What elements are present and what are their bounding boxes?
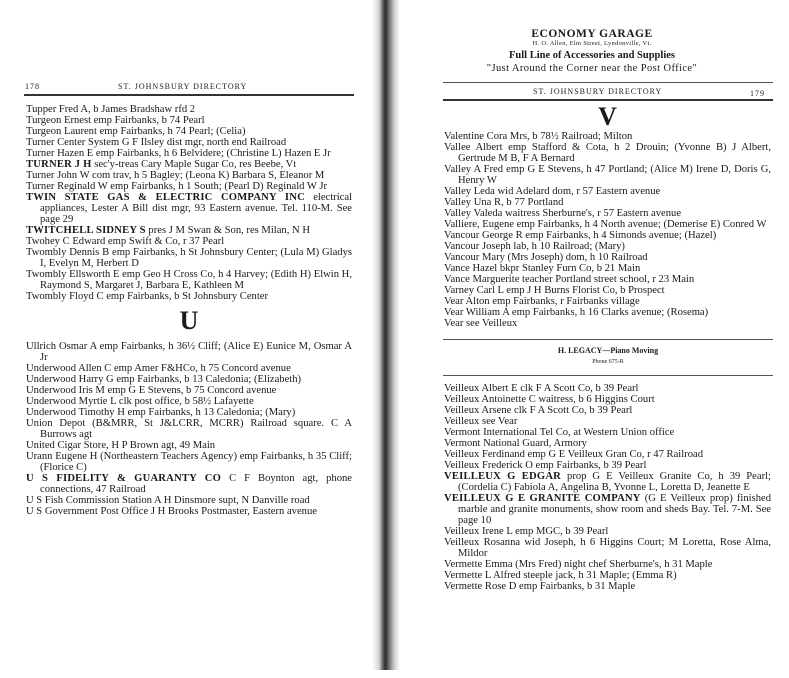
entry-text: Vermont National Guard, Armory [444,438,587,449]
legacy-ad-phone: Phone 675-R [443,359,773,365]
directory-entry: Veilleux Frederick O emp Fairbanks, b 39… [444,460,771,471]
directory-entry: Vear William A emp Fairbanks, h 16 Clark… [444,307,771,318]
entry-text: United Cigar Store, H P Brown agt, 49 Ma… [26,440,215,451]
entries-v1: Valentine Cora Mrs, b 78½ Railroad; Milt… [444,131,771,329]
entry-text: U S Government Post Office J H Brooks Po… [26,506,317,517]
entry-name-bold: TWIN STATE GAS & ELECTRIC COMPANY INC [26,192,305,203]
entry-text: Vermette Rose D emp Fairbanks, b 31 Mapl… [444,581,635,592]
ad-line: Full Line of Accessories and Supplies [442,50,742,61]
entry-text: Vallee Albert emp Stafford & Cota, h 2 D… [444,142,771,164]
directory-entry: Turgeon Ernest emp Fairbanks, b 74 Pearl [26,115,352,126]
directory-entry: Vermette Rose D emp Fairbanks, b 31 Mapl… [444,581,771,592]
entry-text: Valliere, Eugene emp Fairbanks, h 4 Nort… [444,219,767,230]
header-rule [24,94,354,96]
entry-text: Vancour George R emp Fairbanks, h 4 Simo… [444,230,716,241]
directory-entry: Vermont National Guard, Armory [444,438,771,449]
directory-entry: Valley Una R, b 77 Portland [444,197,771,208]
book-gutter [372,0,400,670]
entry-text: Vance Hazel bkpr Stanley Furn Co, b 21 M… [444,263,640,274]
directory-entry: Twombly Dennis B emp Fairbanks, h St Joh… [26,247,352,269]
ad-rule-bottom [443,375,773,376]
running-head: ST. JOHNSBURY DIRECTORY [118,82,247,91]
entry-text: Valley Valeda waitress Sherburne's, r 57… [444,208,681,219]
ad-rule-top [443,339,773,340]
section-letter-u: U [26,308,352,334]
directory-entry: Valley Leda wid Adelard dom, r 57 Easter… [444,186,771,197]
entry-text: Vermette Emma (Mrs Fred) night chef Sher… [444,559,712,570]
directory-entry: Underwood Myrtie L clk post office, b 58… [26,396,352,407]
directory-entry: Tupper Fred A, b James Bradshaw rfd 2 [26,104,352,115]
directory-entry: Twohey C Edward emp Swift & Co, r 37 Pea… [26,236,352,247]
directory-entry: Valentine Cora Mrs, b 78½ Railroad; Milt… [444,131,771,142]
legacy-ad-title: H. LEGACY—Piano Moving [443,346,773,355]
entry-text: Valley Leda wid Adelard dom, r 57 Easter… [444,186,660,197]
entry-text: Veilleux Rosanna wid Joseph, h 6 Higgins… [444,537,771,559]
entry-name-bold: TWITCHELL SIDNEY S [26,225,146,236]
entry-text: Ullrich Osmar A emp Fairbanks, h 36½ Cli… [26,341,352,363]
directory-entry: Veilleux Albert E clk F A Scott Co, b 39… [444,383,771,394]
entry-text: Turner Reginald W emp Fairbanks, h 1 Sou… [26,181,327,192]
entry-text: Vermont International Tel Co, at Western… [444,427,674,438]
directory-entry: Veilleux Irene L emp MGC, b 39 Pearl [444,526,771,537]
entry-name-bold: U S FIDELITY & GUARANTY CO [26,473,221,484]
directory-entry: Underwood Allen C emp Amer F&HCo, h 75 C… [26,363,352,374]
entry-text: Veilleux Arsene clk F A Scott Co, b 39 P… [444,405,632,416]
directory-entry: Urann Eugene H (Northeastern Teachers Ag… [26,451,352,473]
directory-entry: Veilleux Rosanna wid Joseph, h 6 Higgins… [444,537,771,559]
directory-entry: Vear see Veilleux [444,318,771,329]
left-page: 178 ST. JOHNSBURY DIRECTORY Tupper Fred … [0,0,372,678]
directory-entry: Valley Valeda waitress Sherburne's, r 57… [444,208,771,219]
directory-entry: Underwood Iris M emp G E Stevens, b 75 C… [26,385,352,396]
directory-entry: Vallee Albert emp Stafford & Cota, h 2 D… [444,142,771,164]
page-number: 178 [25,82,40,91]
entry-text: Vear Alton emp Fairbanks, r Fairbanks vi… [444,296,640,307]
directory-entry: Vermont International Tel Co, at Western… [444,427,771,438]
entry-text: Valley A Fred emp G E Stevens, h 47 Port… [444,164,771,186]
entries-t: Tupper Fred A, b James Bradshaw rfd 2Tur… [26,104,352,302]
directory-entry: Vermette Emma (Mrs Fred) night chef Sher… [444,559,771,570]
entry-text: Turgeon Ernest emp Fairbanks, b 74 Pearl [26,115,205,126]
entry-text: Vance Marguerite teacher Portland street… [444,274,694,285]
entry-text: Valentine Cora Mrs, b 78½ Railroad; Milt… [444,131,632,142]
entry-text: Turner John W com trav, h 5 Bagley; (Leo… [26,170,324,181]
entry-text: Valley Una R, b 77 Portland [444,197,563,208]
directory-entry: TWIN STATE GAS & ELECTRIC COMPANY INC el… [26,192,352,225]
entry-text: Vear see Veilleux [444,318,517,329]
directory-entry: Union Depot (B&MRR, St J&LCRR, MCRR) Rai… [26,418,352,440]
directory-entry: Veilleux Ferdinand emp G E Veilleux Gran… [444,449,771,460]
directory-entry: Turner Reginald W emp Fairbanks, h 1 Sou… [26,181,352,192]
entry-text: Veilleux Frederick O emp Fairbanks, b 39… [444,460,646,471]
directory-entry: U S FIDELITY & GUARANTY CO C F Boynton a… [26,473,352,495]
entry-text: Urann Eugene H (Northeastern Teachers Ag… [26,451,352,473]
directory-entry: Ullrich Osmar A emp Fairbanks, h 36½ Cli… [26,341,352,363]
directory-entry: TWITCHELL SIDNEY S pres J M Swan & Son, … [26,225,352,236]
entry-text: Veilleux see Vear [444,416,517,427]
entries-v2: Veilleux Albert E clk F A Scott Co, b 39… [444,383,771,592]
legacy-ad: H. LEGACY—Piano Moving Phone 675-R [443,346,773,365]
entry-text: Vermette L Alfred steeple jack, h 31 Map… [444,570,677,581]
entry-text: pres J M Swan & Son, res Milan, N H [146,225,310,236]
entry-text: Veilleux Ferdinand emp G E Veilleux Gran… [444,449,703,460]
directory-entry: Varney Carl L emp J H Burns Florist Co, … [444,285,771,296]
directory-entry: Vermette L Alfred steeple jack, h 31 Map… [444,570,771,581]
entry-text: Underwood Timothy H emp Fairbanks, h 13 … [26,407,295,418]
entries-column-top: V Valentine Cora Mrs, b 78½ Railroad; Mi… [444,100,771,329]
directory-entry: Vance Marguerite teacher Portland street… [444,274,771,285]
directory-entry: VEILLEUX G E GRANITE COMPANY (G E Veille… [444,493,771,526]
entry-text: Vancour Joseph lab, h 10 Railroad; (Mary… [444,241,625,252]
entry-name-bold: VEILLEUX G E GRANITE COMPANY [444,493,641,504]
entry-text: Turner Center System G F Ilsley dist mgr… [26,137,286,148]
entry-text: Tupper Fred A, b James Bradshaw rfd 2 [26,104,195,115]
directory-entry: Turner John W com trav, h 5 Bagley; (Leo… [26,170,352,181]
ad-title: ECONOMY GARAGE [442,28,742,40]
directory-entry: Vear Alton emp Fairbanks, r Fairbanks vi… [444,296,771,307]
entry-text: Vancour Mary (Mrs Joseph) dom, h 10 Rail… [444,252,648,263]
directory-entry: Turner Center System G F Ilsley dist mgr… [26,137,352,148]
page-number: 179 [750,89,765,98]
entry-text: Twombly Ellsworth E emp Geo H Cross Co, … [26,269,352,291]
entry-text: Underwood Harry G emp Fairbanks, b 13 Ca… [26,374,301,385]
entries-u: Ullrich Osmar A emp Fairbanks, h 36½ Cli… [26,341,352,517]
directory-entry: Veilleux see Vear [444,416,771,427]
directory-entry: VEILLEUX G EDGAR prop G E Veilleux Grani… [444,471,771,493]
ad-rule [443,82,773,83]
directory-entry: Valliere, Eugene emp Fairbanks, h 4 Nort… [444,219,771,230]
directory-entry: TURNER J H sec'y-treas Cary Maple Sugar … [26,159,352,170]
entry-text: Veilleux Irene L emp MGC, b 39 Pearl [444,526,608,537]
entry-text: Twohey C Edward emp Swift & Co, r 37 Pea… [26,236,224,247]
entries-column-bottom: Veilleux Albert E clk F A Scott Co, b 39… [444,383,771,592]
directory-entry: Vance Hazel bkpr Stanley Furn Co, b 21 M… [444,263,771,274]
entry-text: Underwood Iris M emp G E Stevens, b 75 C… [26,385,276,396]
directory-entry: U S Government Post Office J H Brooks Po… [26,506,352,517]
entry-text: Veilleux Antoinette C waitress, b 6 Higg… [444,394,655,405]
ad-address: H. O. Allen, Elm Street, Lyndonville, Vt… [442,40,742,47]
directory-entry: U S Fish Commission Station A H Dinsmore… [26,495,352,506]
directory-entry: Vancour Mary (Mrs Joseph) dom, h 10 Rail… [444,252,771,263]
entry-text: U S Fish Commission Station A H Dinsmore… [26,495,310,506]
entry-text: Vear William A emp Fairbanks, h 16 Clark… [444,307,708,318]
entry-text: Underwood Allen C emp Amer F&HCo, h 75 C… [26,363,291,374]
entry-text: sec'y-treas Cary Maple Sugar Co, res Bee… [92,159,297,170]
entry-text: Twombly Dennis B emp Fairbanks, h St Joh… [26,247,352,269]
entry-name-bold: TURNER J H [26,159,92,170]
directory-entry: Vancour George R emp Fairbanks, h 4 Simo… [444,230,771,241]
directory-entry: Vancour Joseph lab, h 10 Railroad; (Mary… [444,241,771,252]
directory-entry: United Cigar Store, H P Brown agt, 49 Ma… [26,440,352,451]
directory-entry: Twombly Ellsworth E emp Geo H Cross Co, … [26,269,352,291]
entry-text: Twombly Floyd C emp Fairbanks, b St John… [26,291,268,302]
entry-text: Veilleux Albert E clk F A Scott Co, b 39… [444,383,639,394]
entries-column: Tupper Fred A, b James Bradshaw rfd 2Tur… [26,104,352,517]
entry-text: Turner Hazen E emp Fairbanks, h 6 Belvid… [26,148,331,159]
running-head: ST. JOHNSBURY DIRECTORY [533,87,662,96]
directory-entry: Turner Hazen E emp Fairbanks, h 6 Belvid… [26,148,352,159]
directory-entry: Underwood Timothy H emp Fairbanks, h 13 … [26,407,352,418]
right-page: ECONOMY GARAGE H. O. Allen, Elm Street, … [400,0,789,678]
section-letter-v: V [444,104,771,130]
directory-entry: Twombly Floyd C emp Fairbanks, b St John… [26,291,352,302]
directory-entry: Veilleux Arsene clk F A Scott Co, b 39 P… [444,405,771,416]
economy-garage-ad: ECONOMY GARAGE H. O. Allen, Elm Street, … [442,28,742,74]
ad-slogan: "Just Around the Corner near the Post Of… [442,63,742,74]
entry-text: Underwood Myrtie L clk post office, b 58… [26,396,254,407]
entry-text: Varney Carl L emp J H Burns Florist Co, … [444,285,665,296]
directory-entry: Veilleux Antoinette C waitress, b 6 Higg… [444,394,771,405]
directory-entry: Valley A Fred emp G E Stevens, h 47 Port… [444,164,771,186]
entry-text: Union Depot (B&MRR, St J&LCRR, MCRR) Rai… [26,418,352,440]
directory-entry: Turgeon Laurent emp Fairbanks, h 74 Pear… [26,126,352,137]
entry-name-bold: VEILLEUX G EDGAR [444,471,561,482]
entry-text: Turgeon Laurent emp Fairbanks, h 74 Pear… [26,126,245,137]
directory-entry: Underwood Harry G emp Fairbanks, b 13 Ca… [26,374,352,385]
